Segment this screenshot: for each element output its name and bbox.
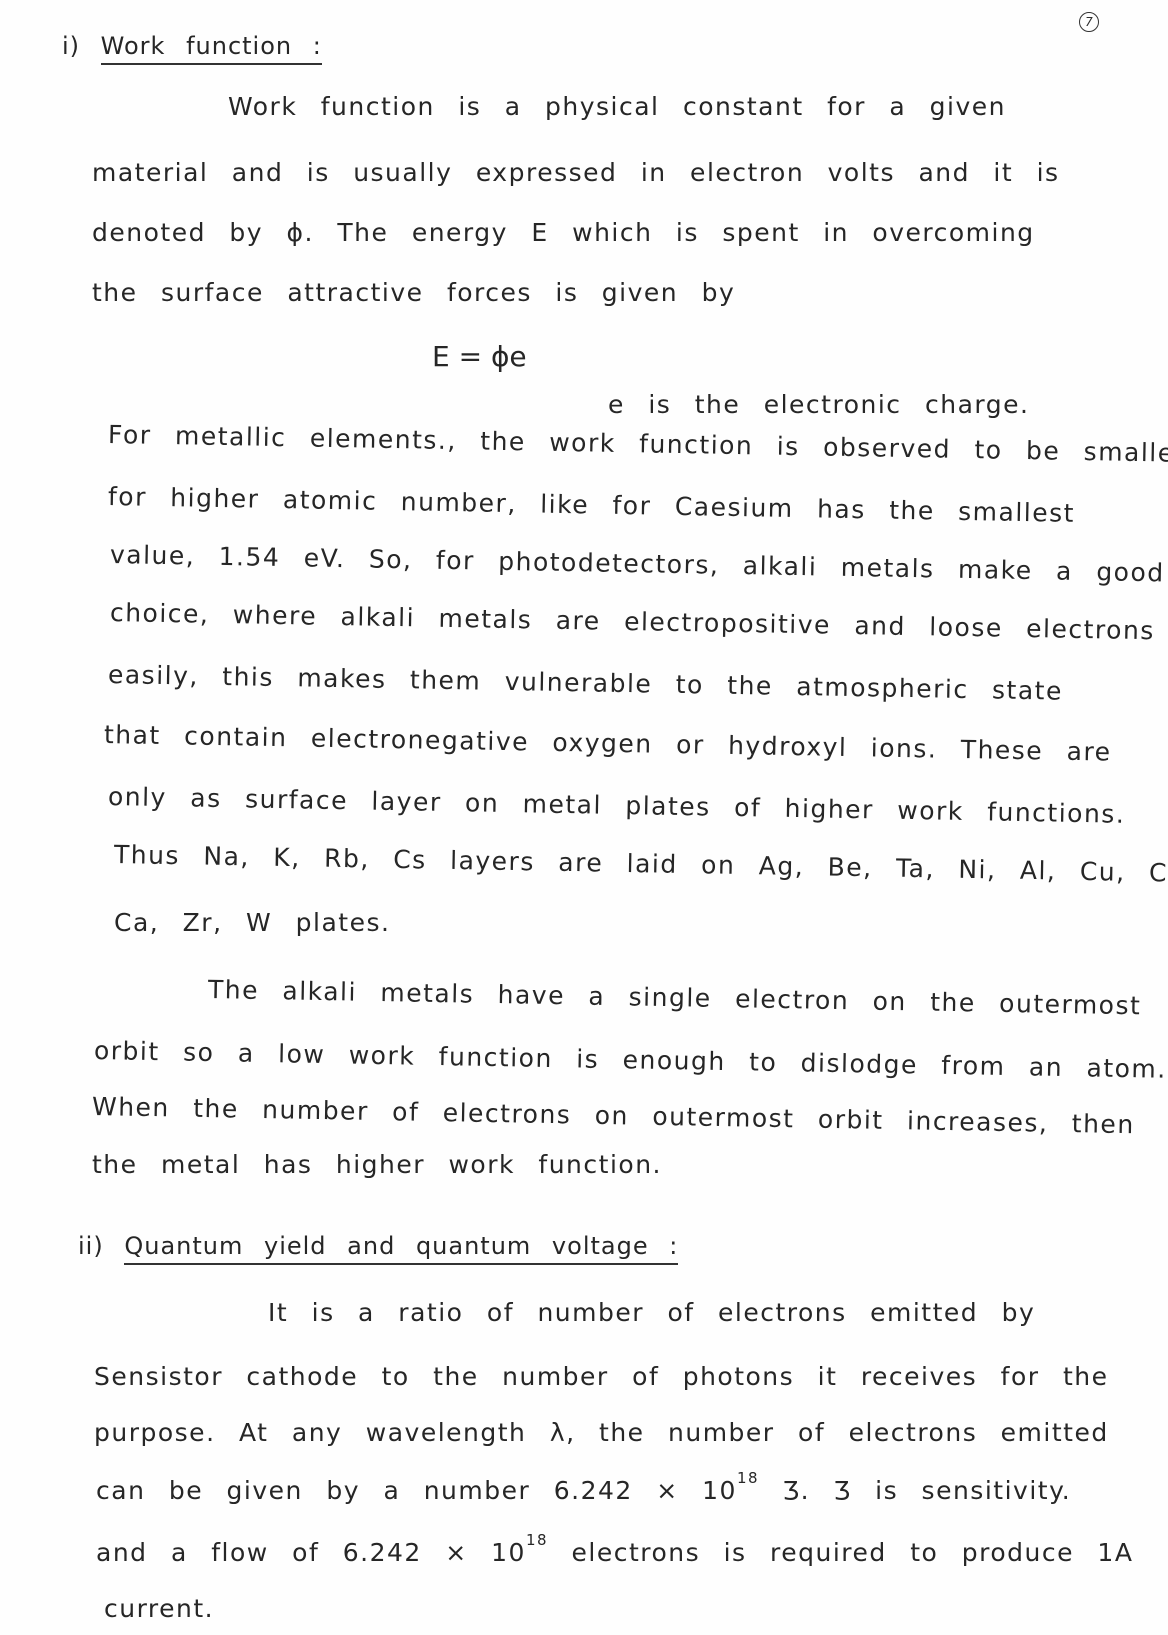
paragraph-line: material and is usually expressed in ele… bbox=[92, 158, 1060, 187]
paragraph-line: for higher atomic number, like for Caesi… bbox=[108, 482, 1075, 528]
paragraph-line: the metal has higher work function. bbox=[92, 1150, 662, 1179]
page-number: 7 bbox=[1079, 12, 1099, 32]
paragraph-line: that contain electronegative oxygen or h… bbox=[104, 720, 1112, 767]
paragraph-line: When the number of electrons on outermos… bbox=[92, 1092, 1135, 1139]
paragraph-line: only as surface layer on metal plates of… bbox=[108, 782, 1126, 829]
paragraph-line: the surface attractive forces is given b… bbox=[92, 278, 735, 307]
paragraph-line: It is a ratio of number of electrons emi… bbox=[268, 1298, 1035, 1327]
section-number: i) bbox=[62, 32, 80, 60]
paragraph-line: Thus Na, K, Rb, Cs layers are laid on Ag… bbox=[114, 840, 1168, 888]
exponent: 18 bbox=[526, 1531, 548, 1549]
paragraph-line: denoted by ϕ. The energy E which is spen… bbox=[92, 218, 1035, 247]
section-number: ii) bbox=[78, 1232, 104, 1260]
paragraph-line: Sensistor cathode to the number of photo… bbox=[94, 1362, 1109, 1391]
paragraph-line: For metallic elements., the work functio… bbox=[108, 420, 1168, 468]
work-function-equation: E = ϕe bbox=[432, 340, 527, 373]
paragraph-line: and a flow of 6.242 × 1018 electrons is … bbox=[96, 1538, 1133, 1567]
paragraph-line: The alkali metals have a single electron… bbox=[208, 975, 1142, 1020]
handwritten-notes-page: 7 i) Work function : Work function is a … bbox=[0, 0, 1168, 1635]
paragraph-line: Work function is a physical constant for… bbox=[228, 92, 1006, 121]
section-heading-work-function: i) Work function : bbox=[62, 32, 322, 60]
exponent: 18 bbox=[737, 1469, 759, 1487]
equation-note: e is the electronic charge. bbox=[608, 390, 1029, 419]
paragraph-line: Ca, Zr, W plates. bbox=[114, 908, 390, 937]
paragraph-line: current. bbox=[104, 1594, 214, 1623]
section-heading-quantum-yield: ii) Quantum yield and quantum voltage : bbox=[78, 1232, 678, 1260]
paragraph-line: value, 1.54 eV. So, for photodetectors, … bbox=[110, 540, 1165, 587]
paragraph-line: purpose. At any wavelength λ, the number… bbox=[94, 1418, 1109, 1447]
paragraph-line: can be given by a number 6.242 × 1018 Ʒ.… bbox=[96, 1476, 1071, 1505]
paragraph-line: orbit so a low work function is enough t… bbox=[94, 1036, 1167, 1084]
section-title: Work function bbox=[101, 32, 292, 60]
section-title: Quantum yield and quantum voltage bbox=[124, 1232, 648, 1260]
paragraph-line: easily, this makes them vulnerable to th… bbox=[108, 660, 1063, 706]
paragraph-line: choice, where alkali metals are electrop… bbox=[110, 598, 1155, 645]
